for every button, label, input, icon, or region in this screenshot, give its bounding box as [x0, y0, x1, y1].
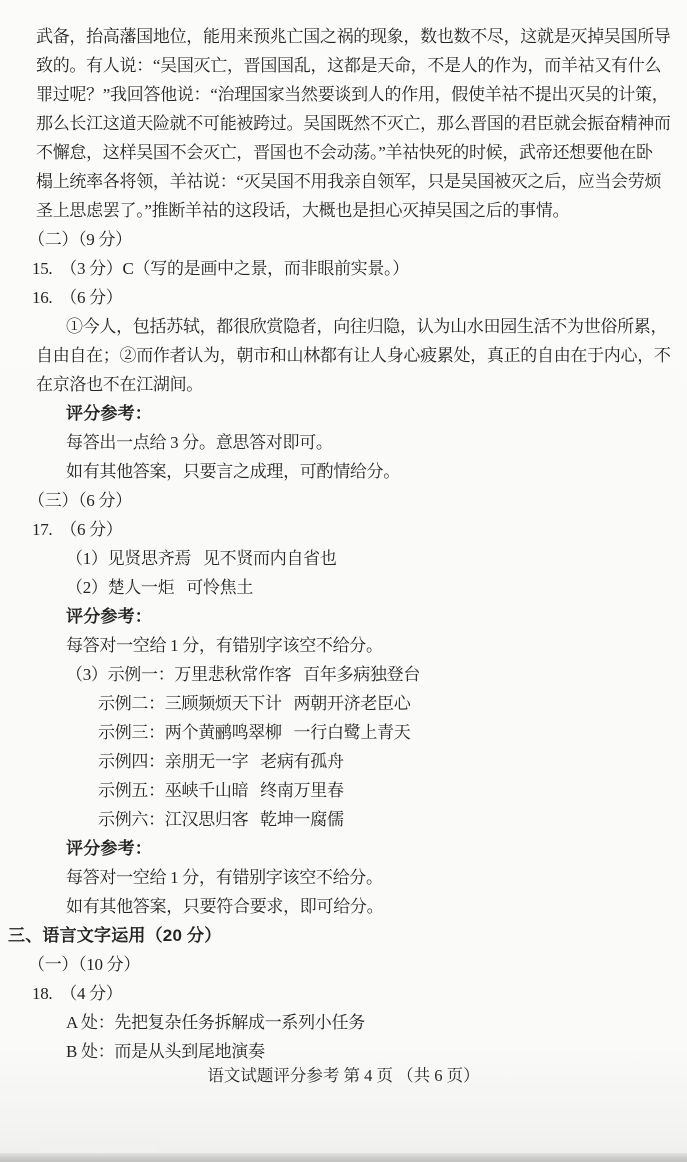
- subsection-1-heading: （一）（10 分）: [28, 950, 661, 979]
- q17-answer-2-line: （2）楚人一炬 可怜焦土: [66, 573, 661, 602]
- page-footer: 语文试题评分参考 第 4 页 （共 6 页）: [0, 1064, 687, 1088]
- part-3-heading: 三、语言文字运用（20 分）: [8, 921, 661, 950]
- section-2-heading: （二）（9 分）: [28, 225, 661, 254]
- q16-answer-line: ①今人，包括苏轼，都很欣赏隐者，向往归隐，认为山水田园生活不为世俗所累，: [66, 312, 661, 341]
- q17-answer-3-example-line: 示例六：江汉思归客 乾坤一腐儒: [98, 805, 661, 834]
- scoring-ref-line: 每答对一空给 1 分，有错别字该空不给分。: [66, 863, 661, 892]
- scoring-ref-line: 每答出一点给 3 分。意思答对即可。: [66, 428, 661, 457]
- q17-answer-3-example-line: 示例二：三顾频烦天下计 两朝开济老臣心: [98, 689, 661, 718]
- page-content: 武备，抬高藩国地位，能用来预兆亡国之祸的现象，数也数不尽，这就是灭掉吴国所导 致…: [36, 22, 661, 1066]
- q16-number-line: 16. （6 分）: [32, 283, 661, 312]
- translation-text-line: 那么长江这道天险就不可能被跨过。吴国既然不灭亡，那么晋国的君臣就会振奋精神而: [36, 109, 661, 138]
- scoring-ref-heading: 评分参考：: [66, 602, 661, 631]
- exam-answer-key-page: 武备，抬高藩国地位，能用来预兆亡国之祸的现象，数也数不尽，这就是灭掉吴国所导 致…: [0, 0, 687, 1162]
- q17-answer-3-example-line: 示例四：亲朋无一字 老病有孤舟: [98, 747, 661, 776]
- q17-answer-3-example-line: 示例五：巫峡千山暗 终南万里春: [98, 776, 661, 805]
- scoring-ref-heading: 评分参考：: [66, 399, 661, 428]
- photo-artifact: [40, 1143, 160, 1153]
- q15-answer-line: 15. （3 分）C（写的是画中之景，而非眼前实景。）: [32, 254, 661, 283]
- translation-text-line: 致的。有人说：“吴国灭亡，晋国国乱，这都是天命，不是人的作为，而羊祜又有什么: [36, 51, 661, 80]
- scoring-ref-heading: 评分参考：: [66, 834, 661, 863]
- q18-answer-b-line: B 处：而是从头到尾地演奏: [66, 1037, 661, 1066]
- q16-answer-line: 在京洛也不在江湖间。: [36, 370, 661, 399]
- translation-text-line: 武备，抬高藩国地位，能用来预兆亡国之祸的现象，数也数不尽，这就是灭掉吴国所导: [36, 22, 661, 51]
- q16-answer-line: 自由自在；②而作者认为，朝市和山林都有让人身心疲累处，真正的自由在于内心，不: [36, 341, 661, 370]
- scoring-ref-line: 如有其他答案，只要符合要求，即可给分。: [66, 892, 661, 921]
- translation-text-line: 圣上思虑罢了。”推断羊祜的这段话，大概也是担心灭掉吴国之后的事情。: [36, 196, 661, 225]
- q17-answer-3-example-line: （3）示例一：万里悲秋常作客 百年多病独登台: [66, 660, 661, 689]
- photo-edge-shadow: [0, 1153, 687, 1162]
- q17-answer-3-example-line: 示例三：两个黄鹂鸣翠柳 一行白鹭上青天: [98, 718, 661, 747]
- scoring-ref-line: 如有其他答案，只要言之成理，可酌情给分。: [66, 457, 661, 486]
- translation-text-line: 榻上统率各将领，羊祜说：“灭吴国不用我亲自领军，只是吴国被灭之后，应当会劳烦: [36, 167, 661, 196]
- translation-text-line: 罪过呢？”我回答他说：“治理国家当然要谈到人的作用，假使羊祜不提出灭吴的计策，: [36, 80, 661, 109]
- q18-answer-a-line: A 处：先把复杂任务拆解成一系列小任务: [66, 1008, 661, 1037]
- q17-answer-1-line: （1）见贤思齐焉 见不贤而内自省也: [66, 544, 661, 573]
- section-3-heading: （三）（6 分）: [28, 486, 661, 515]
- q17-number-line: 17. （6 分）: [32, 515, 661, 544]
- scoring-ref-line: 每答对一空给 1 分，有错别字该空不给分。: [66, 631, 661, 660]
- q18-number-line: 18. （4 分）: [32, 979, 661, 1008]
- translation-text-line: 不懈怠，这样吴国不会灭亡，晋国也不会动荡。”羊祜快死的时候，武帝还想要他在卧: [36, 138, 661, 167]
